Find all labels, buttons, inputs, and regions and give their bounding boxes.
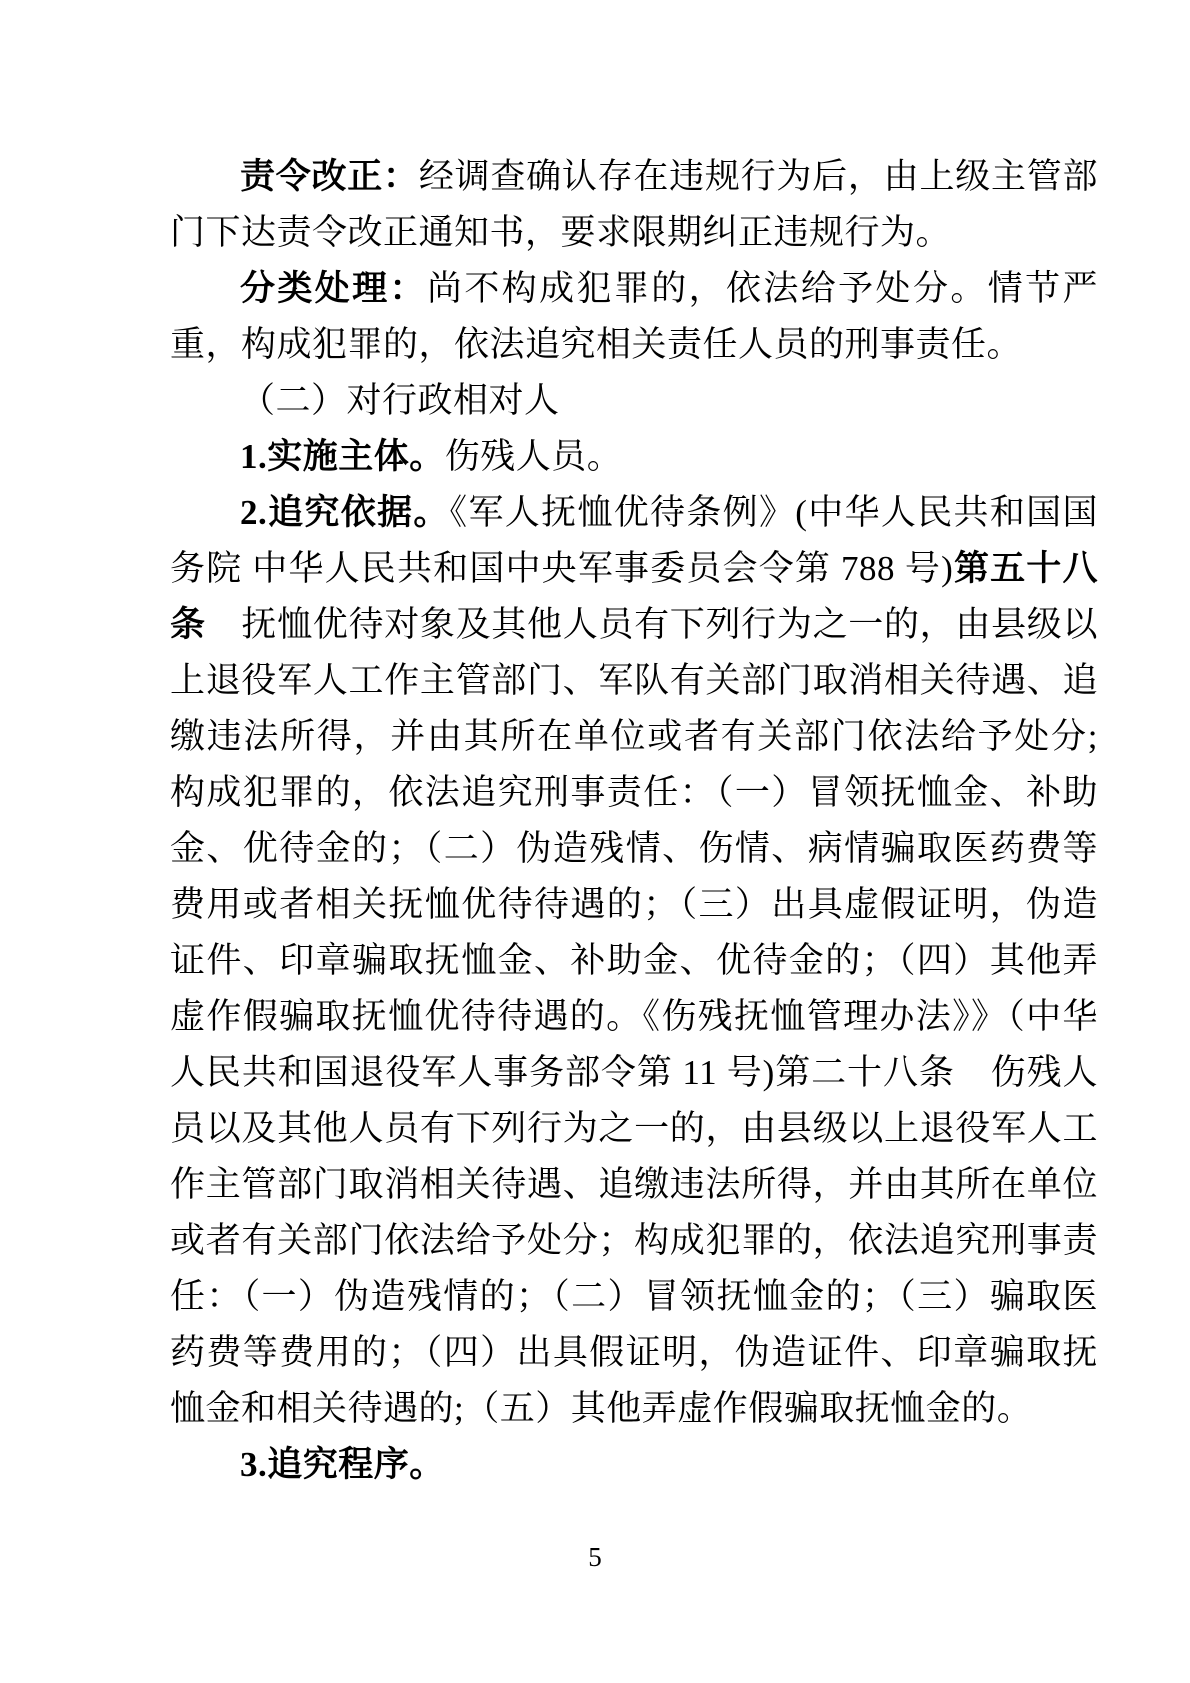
paragraph: 1.实施主体。伤残人员。: [170, 429, 1098, 485]
text-run: 伤残人员。: [445, 437, 623, 476]
paragraph: 责令改正：经调查确认存在违规行为后，由上级主管部门下达责令改正通知书，要求限期纠…: [170, 149, 1098, 261]
paragraph: 3.追究程序。: [170, 1437, 1098, 1493]
paragraph: 分类处理：尚不构成犯罪的，依法给予处分。情节严重，构成犯罪的，依法追究相关责任人…: [170, 261, 1098, 373]
document-page: 责令改正：经调查确认存在违规行为后，由上级主管部门下达责令改正通知书，要求限期纠…: [0, 0, 1190, 1683]
paragraph: 2.追究依据。《军人抚恤优待条例》(中华人民共和国国务院 中华人民共和国中央军事…: [170, 485, 1098, 1437]
text-run: （二）对行政相对人: [240, 381, 560, 420]
text-run-bold: 1.实施主体。: [240, 437, 445, 476]
text-run-bold: 2.追究依据。: [240, 493, 450, 532]
paragraph: （二）对行政相对人: [170, 373, 1098, 429]
text-run-bold: 3.追究程序。: [240, 1445, 445, 1484]
text-run-bold: 责令改正：: [240, 157, 419, 196]
page-number: 5: [0, 1540, 1190, 1574]
text-run: 抚恤优待对象及其他人员有下列行为之一的，由县级以上退役军人工作主管部门、军队有关…: [170, 605, 1098, 1428]
text-run-bold: 分类处理：: [240, 269, 427, 308]
document-body: 责令改正：经调查确认存在违规行为后，由上级主管部门下达责令改正通知书，要求限期纠…: [170, 149, 1098, 1493]
